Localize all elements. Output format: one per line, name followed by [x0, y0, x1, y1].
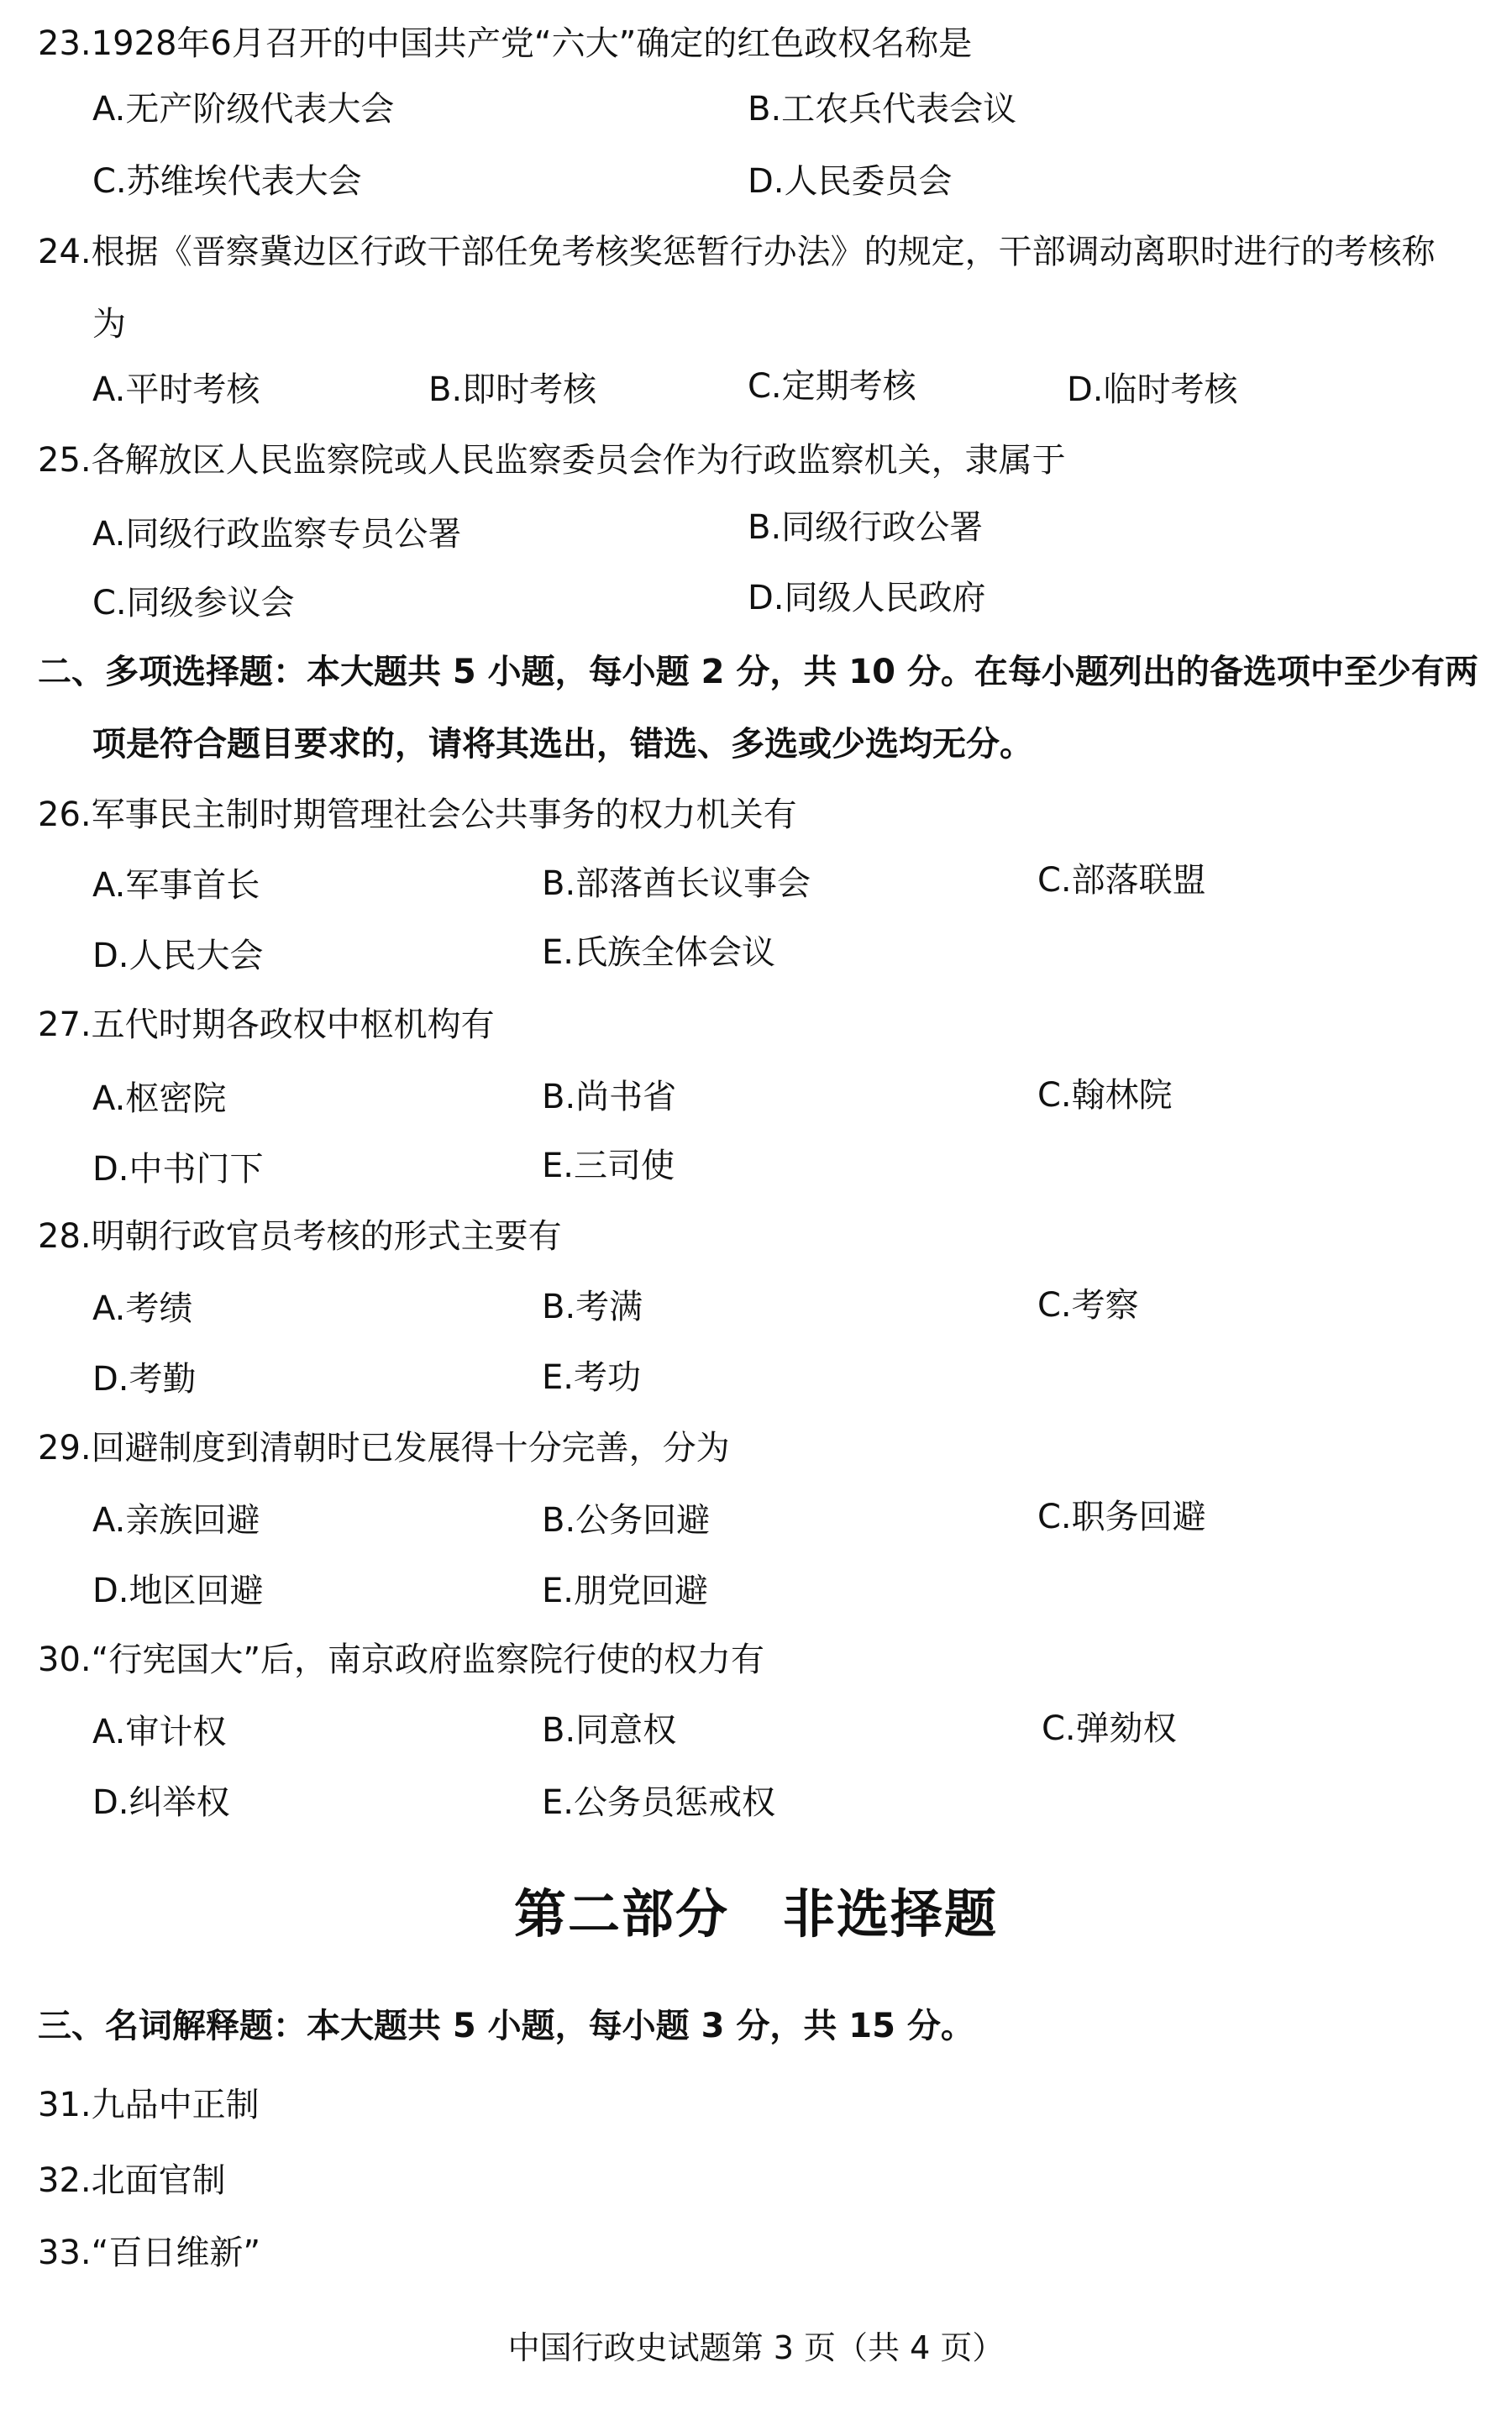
question-27-option-d: D.中书门下 — [92, 1149, 264, 1189]
question-26-option-c: C.部落联盟 — [1037, 860, 1206, 900]
question-29-option-e: E.朋党回避 — [542, 1571, 708, 1611]
question-30-option-a: A.审计权 — [92, 1712, 226, 1752]
question-23-option-c: C.苏维埃代表大会 — [92, 161, 362, 202]
question-26-stem: 26.军事民主制时期管理社会公共事务的权力机关有 — [38, 795, 797, 835]
question-25-stem: 25.各解放区人民监察院或人民监察委员会作为行政监察机关，隶属于 — [38, 440, 1066, 480]
question-27-option-c: C.翰林院 — [1037, 1075, 1173, 1116]
question-24-stem: 24.根据《晋察冀边区行政干部任免考核奖惩暂行办法》的规定，干部调动离职时进行的… — [38, 232, 1436, 272]
question-28-option-a: A.考绩 — [92, 1289, 192, 1329]
question-29-option-a: A.亲族回避 — [92, 1500, 260, 1541]
question-29-option-d: D.地区回避 — [92, 1571, 264, 1611]
question-24-option-b: B.即时考核 — [428, 370, 596, 410]
page-footer: 中国行政史试题第 3 页（共 4 页） — [0, 2328, 1512, 2367]
question-26-option-d: D.人民大会 — [92, 936, 264, 976]
question-26-option-a: A.军事首长 — [92, 865, 260, 906]
question-30-option-e: E.公务员惩戒权 — [542, 1782, 775, 1823]
question-29-option-b: B.公务回避 — [542, 1500, 710, 1541]
question-31: 31.九品中正制 — [38, 2085, 260, 2125]
question-24-option-a: A.平时考核 — [92, 370, 260, 410]
question-25-option-d: D.同级人民政府 — [748, 578, 986, 618]
question-23-stem: 23.1928年6月召开的中国共产党“六大”确定的红色政权名称是 — [38, 24, 972, 64]
section-3-instructions: 三、名词解释题：本大题共 5 小题，每小题 3 分，共 15 分。 — [38, 2006, 974, 2046]
question-24-option-c: C.定期考核 — [748, 366, 916, 407]
question-25-option-b: B.同级行政公署 — [748, 507, 983, 548]
question-26-option-b: B.部落酋长议事会 — [542, 864, 811, 904]
question-26-option-e: E.氏族全体会议 — [542, 932, 775, 973]
question-27-option-e: E.三司使 — [542, 1146, 675, 1186]
question-27-option-b: B.尚书省 — [542, 1077, 676, 1117]
part-2-title: 第二部分 非选择题 — [0, 1885, 1512, 1944]
question-28-option-e: E.考功 — [542, 1357, 641, 1398]
section-2-instructions-line1: 二、多项选择题：本大题共 5 小题，每小题 2 分，共 10 分。在每小题列出的… — [38, 652, 1478, 692]
question-29-option-c: C.职务回避 — [1037, 1497, 1206, 1537]
question-32: 32.北面官制 — [38, 2160, 226, 2201]
question-27-stem: 27.五代时期各政权中枢机构有 — [38, 1005, 495, 1045]
question-30-option-c: C.弹劾权 — [1042, 1709, 1177, 1749]
question-23-option-a: A.无产阶级代表大会 — [92, 89, 394, 129]
question-28-option-c: C.考察 — [1037, 1285, 1139, 1326]
question-25-option-c: C.同级参议会 — [92, 583, 295, 623]
question-23-option-d: D.人民委员会 — [748, 161, 953, 202]
question-29-stem: 29.回避制度到清朝时已发展得十分完善，分为 — [38, 1428, 730, 1468]
question-28-option-d: D.考勤 — [92, 1359, 197, 1399]
question-24-stem-cont: 为 — [92, 304, 126, 344]
question-28-option-b: B.考满 — [542, 1287, 643, 1327]
question-30-stem: 30.“行宪国大”后，南京政府监察院行使的权力有 — [38, 1640, 764, 1680]
question-33: 33.“百日维新” — [38, 2233, 260, 2273]
question-30-option-b: B.同意权 — [542, 1710, 676, 1751]
question-28-stem: 28.明朝行政官员考核的形式主要有 — [38, 1216, 562, 1257]
section-2-instructions-line2: 项是符合题目要求的，请将其选出，错选、多选或少选均无分。 — [92, 724, 1033, 764]
question-25-option-a: A.同级行政监察专员公署 — [92, 514, 461, 554]
question-23-option-b: B.工农兵代表会议 — [748, 89, 1016, 129]
question-30-option-d: D.纠举权 — [92, 1782, 230, 1823]
question-27-option-a: A.枢密院 — [92, 1079, 226, 1119]
question-24-option-d: D.临时考核 — [1067, 370, 1238, 410]
